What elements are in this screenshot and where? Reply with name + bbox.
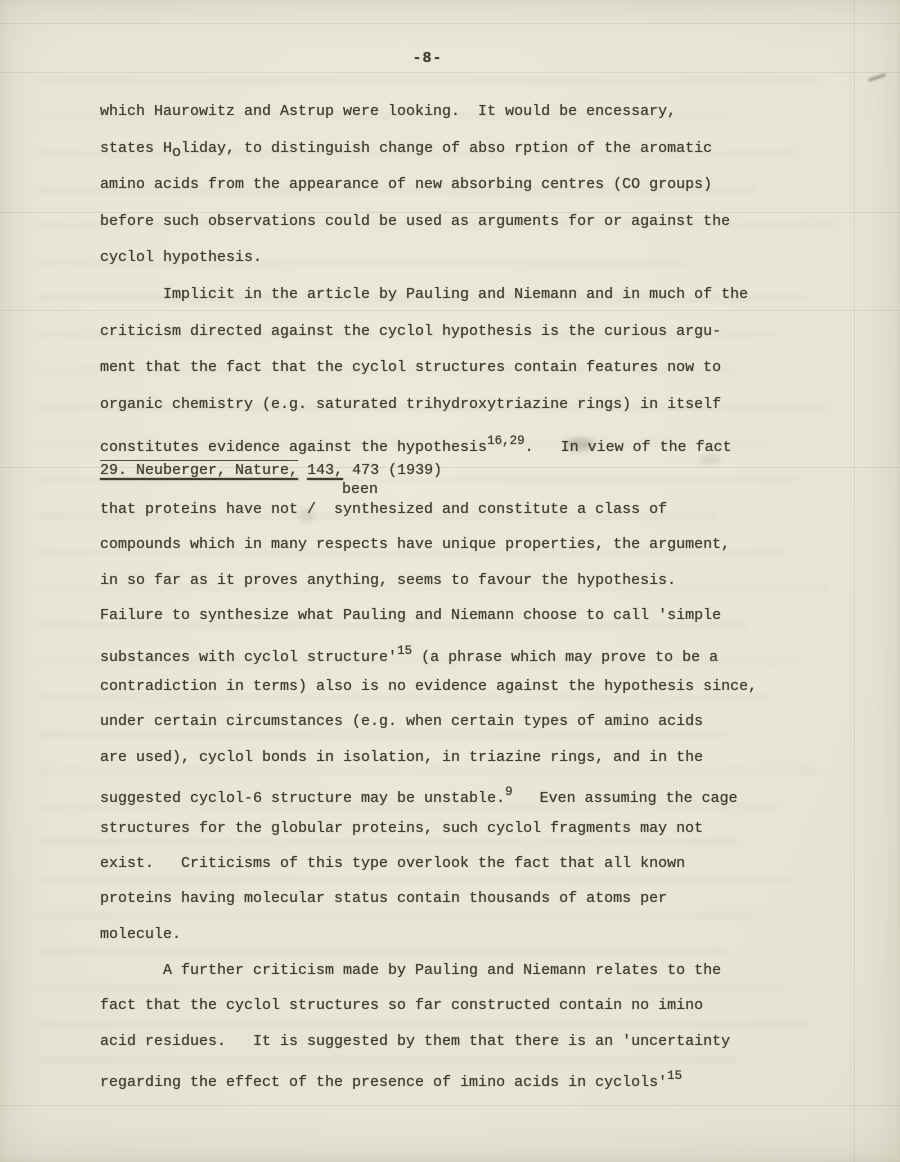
superscript-reference: 15 xyxy=(397,644,412,658)
text-line: structures for the globular proteins, su… xyxy=(100,811,840,846)
text-segment: that proteins have not / synthesized and… xyxy=(100,501,667,518)
text-segment: under certain circumstances (e.g. when c… xyxy=(100,713,703,730)
text-line: ment that the fact that the cyclol struc… xyxy=(100,350,840,387)
text-line: regarding the effect of the presence of … xyxy=(100,1059,840,1094)
page-crease xyxy=(854,0,855,1162)
paragraph-block-bottom: A further criticism made by Pauling and … xyxy=(100,953,840,1095)
superscript-reference: 9 xyxy=(505,785,513,799)
text-segment: criticism directed against the cyclol hy… xyxy=(100,323,721,340)
text-line: A further criticism made by Pauling and … xyxy=(100,953,840,988)
text-segment: Implicit in the article by Pauling and N… xyxy=(100,286,748,303)
text-segment: substances with cyclol structure' xyxy=(100,649,397,666)
text-segment: before such observations could be used a… xyxy=(100,213,730,230)
subscript-character: o xyxy=(172,144,181,161)
text-line: substances with cyclol structure'15 (a p… xyxy=(100,634,840,669)
pencil-mark xyxy=(868,73,886,81)
paragraph-block-top: which Haurowitz and Astrup were looking.… xyxy=(100,94,840,460)
text-line: Implicit in the article by Pauling and N… xyxy=(100,277,840,314)
text-segment: regarding the effect of the presence of … xyxy=(100,1074,667,1091)
text-line: proteins having molecular status contain… xyxy=(100,881,840,916)
text-segment: ment that the fact that the cyclol struc… xyxy=(100,359,721,376)
bleedthrough-row xyxy=(38,77,818,84)
text-line: states Holiday, to distinguish change of… xyxy=(100,131,840,168)
text-segment: (a phrase which may prove to be a xyxy=(412,649,718,666)
text-segment: amino acids from the appearance of new a… xyxy=(100,176,712,193)
text-line: under certain circumstances (e.g. when c… xyxy=(100,704,840,739)
text-line: are used), cyclol bonds in isolation, in… xyxy=(100,740,840,775)
text-segment: Failure to synthesize what Pauling and N… xyxy=(100,607,721,624)
superscript-reference: 15 xyxy=(667,1069,682,1083)
text-segment: contradiction in terms) also is no evide… xyxy=(100,678,757,695)
text-segment: Even assuming the cage xyxy=(513,790,738,807)
text-line: in so far as it proves anything, seems t… xyxy=(100,563,840,598)
text-line: compounds which in many respects have un… xyxy=(100,527,840,562)
text-line: organic chemistry (e.g. saturated trihyd… xyxy=(100,387,840,424)
text-line: exist. Criticisms of this type overlook … xyxy=(100,846,840,881)
manuscript-page: -8- which Haurowitz and Astrup were look… xyxy=(0,0,900,1162)
text-line: acid residues. It is suggested by them t… xyxy=(100,1024,840,1059)
text-line: 29. Neuberger, Nature, 143, 473 (1939) xyxy=(100,459,840,483)
text-segment: suggested cyclol-6 structure may be unst… xyxy=(100,790,505,807)
text-line: amino acids from the appearance of new a… xyxy=(100,167,840,204)
text-segment: A further criticism made by Pauling and … xyxy=(100,962,721,979)
text-segment: acid residues. It is suggested by them t… xyxy=(100,1033,730,1050)
underlined-text: 29. Neuberger, Nature, xyxy=(100,460,298,479)
scan-rule-line xyxy=(0,1105,900,1106)
text-segment: are used), cyclol bonds in isolation, in… xyxy=(100,749,703,766)
text-line: suggested cyclol-6 structure may be unst… xyxy=(100,775,840,810)
superscript-reference: 16,29 xyxy=(487,434,525,448)
text-segment: . In view of the fact xyxy=(525,439,732,456)
text-line: that proteins have not / synthesized and… xyxy=(100,492,840,527)
text-line: constitutes evidence against the hypothe… xyxy=(100,423,840,460)
footnote-reference: 29. Neuberger, Nature, 143, 473 (1939) xyxy=(100,459,840,483)
text-line: fact that the cyclol structures so far c… xyxy=(100,988,840,1023)
underlined-text: 143, xyxy=(307,462,343,479)
text-segment: compounds which in many respects have un… xyxy=(100,536,730,553)
text-segment: constitutes evidence against the hypothe… xyxy=(100,439,487,456)
text-line: cyclol hypothesis. xyxy=(100,240,840,277)
text-line: criticism directed against the cyclol hy… xyxy=(100,314,840,351)
scan-rule-line xyxy=(0,72,900,73)
text-segment: in so far as it proves anything, seems t… xyxy=(100,572,676,589)
text-line: contradiction in terms) also is no evide… xyxy=(100,669,840,704)
page-number: -8- xyxy=(100,50,755,67)
text-segment: molecule. xyxy=(100,926,181,943)
text-segment: which Haurowitz and Astrup were looking.… xyxy=(100,103,676,120)
text-line: which Haurowitz and Astrup were looking.… xyxy=(100,94,840,131)
text-segment: liday, to distinguish change of abso rpt… xyxy=(181,140,712,157)
paragraph-block-middle: that proteins have not / synthesized and… xyxy=(100,492,840,952)
text-segment: organic chemistry (e.g. saturated trihyd… xyxy=(100,396,721,413)
text-line: Failure to synthesize what Pauling and N… xyxy=(100,598,840,633)
text-segment: proteins having molecular status contain… xyxy=(100,890,667,907)
text-segment: states H xyxy=(100,140,172,157)
text-segment: exist. Criticisms of this type overlook … xyxy=(100,855,685,872)
text-segment: cyclol hypothesis. xyxy=(100,249,262,266)
text-segment: fact that the cyclol structures so far c… xyxy=(100,997,703,1014)
text-segment: 473 (1939) xyxy=(343,462,442,479)
text-line: before such observations could be used a… xyxy=(100,204,840,241)
text-line: molecule. xyxy=(100,917,840,952)
text-segment: structures for the globular proteins, su… xyxy=(100,820,703,837)
scan-rule-line xyxy=(0,23,900,24)
text-segment xyxy=(298,462,307,479)
